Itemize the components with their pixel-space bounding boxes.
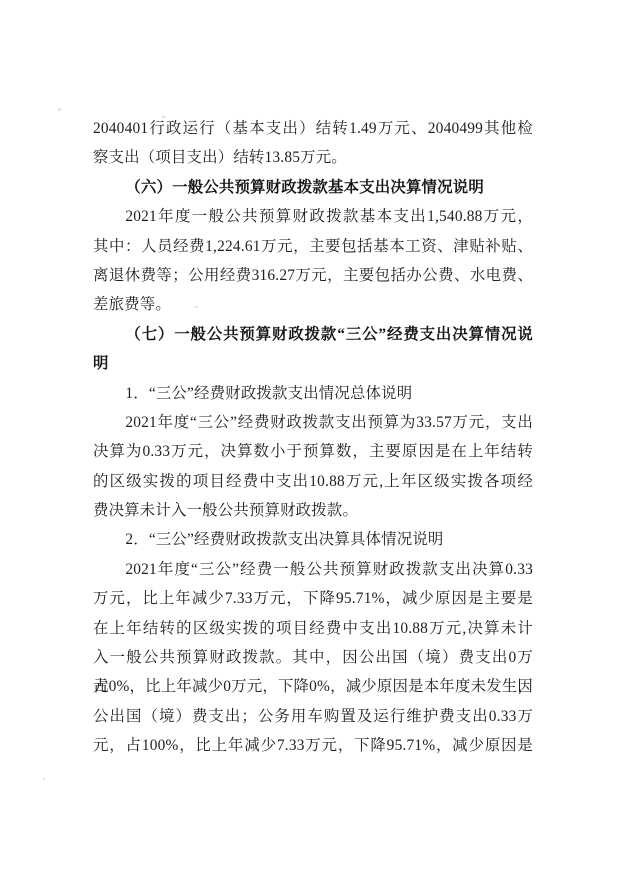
text-line: 差旅费等。 <box>93 290 533 319</box>
text-line: 万元，比上年减少7.33万元，下降95.71%，减少原因是主要是 <box>93 584 533 613</box>
section-heading: （七）一般公共预算财政拨款“三公”经费支出决算情况说 <box>93 320 533 349</box>
scan-speck <box>43 778 45 780</box>
text-line: 占0%，比上年减少0万元，下降0%，减少原因是本年度未发生因 <box>93 672 533 701</box>
text-line: 2021年度“三公”经费财政拨款支出预算为33.57万元，支出 <box>93 408 533 437</box>
scan-speck <box>58 108 61 111</box>
text-line: 2040401行政运行（基本支出）结转1.49万元、2040499其他检 <box>93 114 533 143</box>
document-page: 2040401行政运行（基本支出）结转1.49万元、2040499其他检 察支出… <box>0 0 620 877</box>
text-line: 离退休费等；公用经费316.27万元，主要包括办公费、水电费、 <box>93 261 533 290</box>
text-line: 2021年度一般公共预算财政拨款基本支出1,540.88万元， <box>93 202 533 231</box>
subsection-heading: 1．“三公”经费财政拨款支出情况总体说明 <box>93 379 533 408</box>
text-line: 费决算未计入一般公共预算财政拨款。 <box>93 496 533 525</box>
text-line: 公出国（境）费支出；公务用车购置及运行维护费支出0.33万 <box>93 702 533 731</box>
text-line: 元，占100%，比上年减少7.33万元，下降95.71%，减少原因是 <box>93 731 533 760</box>
subsection-heading: 2．“三公”经费财政拨款支出决算具体情况说明 <box>93 525 533 554</box>
text-line: 在上年结转的区级实拨的项目经费中支出10.88万元,决算未计 <box>93 614 533 643</box>
text-line: 2021年度“三公”经费一般公共预算财政拨款支出决算0.33 <box>93 555 533 584</box>
text-line: 入一般公共预算财政拨款。其中，因公出国（境）费支出0万元， <box>93 643 533 672</box>
section-heading: 明 <box>93 349 533 378</box>
document-text-block: 2040401行政运行（基本支出）结转1.49万元、2040499其他检 察支出… <box>93 114 533 761</box>
text-line: 察支出（项目支出）结转13.85万元。 <box>93 143 533 172</box>
text-line: 的区级实拨的项目经费中支出10.88万元,上年区级实拨各项经 <box>93 467 533 496</box>
text-line: 决算为0.33万元，决算数小于预算数，主要原因是在上年结转 <box>93 437 533 466</box>
text-line: 其中：人员经费1,224.61万元，主要包括基本工资、津贴补贴、 <box>93 232 533 261</box>
section-heading: （六）一般公共预算财政拨款基本支出决算情况说明 <box>93 173 533 202</box>
